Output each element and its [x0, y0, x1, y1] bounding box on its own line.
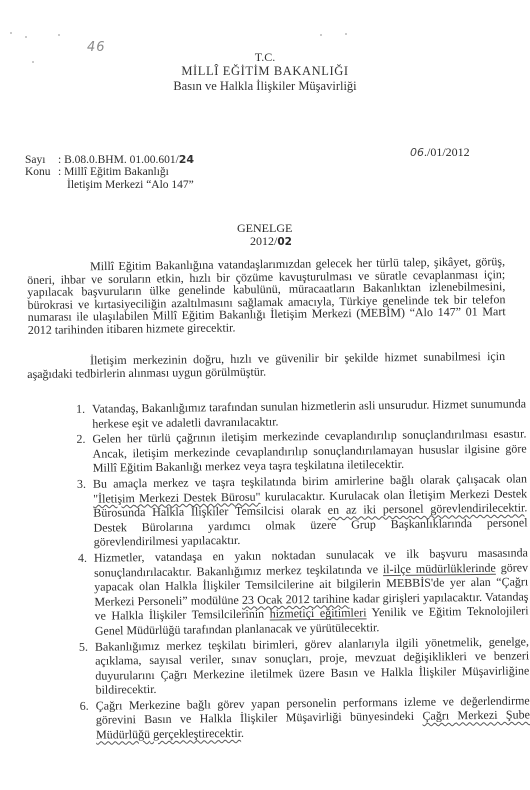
scan-speck [25, 36, 27, 38]
sayi-line: Sayı: B.08.0.BHM. 01.00.601/24 [25, 153, 194, 166]
list-item: Vatandaş, Bakanlığımız tarafından sunula… [88, 396, 526, 431]
genelge-number-printed: 2012/ [250, 234, 277, 248]
scan-speck [345, 33, 347, 35]
scan-speck [10, 32, 12, 34]
paragraph-measures: İletişim merkezinin doğru, hızlı ve güve… [27, 350, 505, 380]
list-item: Çağrı Merkezine bağlı görev yapan person… [92, 693, 530, 742]
list-item: Bu amaçla merkez ve taşra teşkilatında b… [89, 471, 528, 549]
genelge-number-handwritten: 02 [277, 236, 292, 248]
date-day-handwritten: 06 [410, 146, 424, 159]
konu-line1: : Millî Eğitim Bakanlığı [58, 166, 169, 178]
date-rest: ./01/2012 [424, 145, 470, 159]
konu-line2: İletişim Merkezi “Alo 147” [67, 179, 194, 191]
sayi-label: Sayı [25, 154, 58, 166]
item-text: Gelen her türlü çağrının iletişim merkez… [92, 427, 526, 475]
konu-line: Konu: Millî Eğitim Bakanlığı [25, 166, 169, 178]
sayi-handwritten: 24 [179, 153, 194, 166]
measures-list: Vatandaş, Bakanlığımız tarafından sunula… [68, 396, 530, 743]
item-text: . [241, 726, 244, 740]
handwritten-underline-text: 23 Ocak 2012 tarihine [242, 591, 350, 606]
header-department: Basın ve Halkla İlişkiler Müşavirliği [0, 79, 530, 94]
list-item: Gelen her türlü çağrının iletişim merkez… [88, 427, 527, 476]
handwritten-underline-text: il-ilçe müdürlüklerinde [383, 560, 496, 575]
item-text: Bakanlığımız merkez teşkilatı birimleri,… [95, 634, 529, 697]
paragraph-intro: Millî Eğitim Bakanlığına vatandaşlarımız… [27, 255, 506, 336]
handwritten-underline-text: gerçekleştirecektir [150, 726, 241, 741]
list-item: Bakanlığımız merkez teşkilatı birimleri,… [91, 634, 530, 698]
header-ministry: MİLLÎ EĞİTİM BAKANLIĞI [0, 64, 530, 79]
document-date: 06./01/2012 [410, 145, 470, 160]
konu-label: Konu [25, 166, 58, 178]
genelge-number: 2012/02 [250, 234, 292, 249]
sayi-value: : B.08.0.BHM. 01.00.601/ [58, 154, 179, 166]
handwritten-underline-text: hizmetiçi eğitimleri [270, 606, 367, 621]
scanned-document-page: 46 T.C. MİLLÎ EĞİTİM BAKANLIĞI Basın ve … [0, 0, 530, 790]
header-tc: T.C. [0, 50, 530, 65]
handwritten-underline-text: en az iki personel görevlendirilecektir [328, 501, 525, 517]
scan-speck [58, 34, 60, 36]
handwritten-underline-text: "İletişim Merkezi Destek Bürosu" [93, 489, 260, 505]
scan-speck [320, 34, 322, 36]
item-text: Vatandaş, Bakanlığımız tarafından sunula… [92, 396, 526, 430]
list-item: Hizmetler, vatandaşa en yakın noktadan s… [90, 545, 529, 638]
